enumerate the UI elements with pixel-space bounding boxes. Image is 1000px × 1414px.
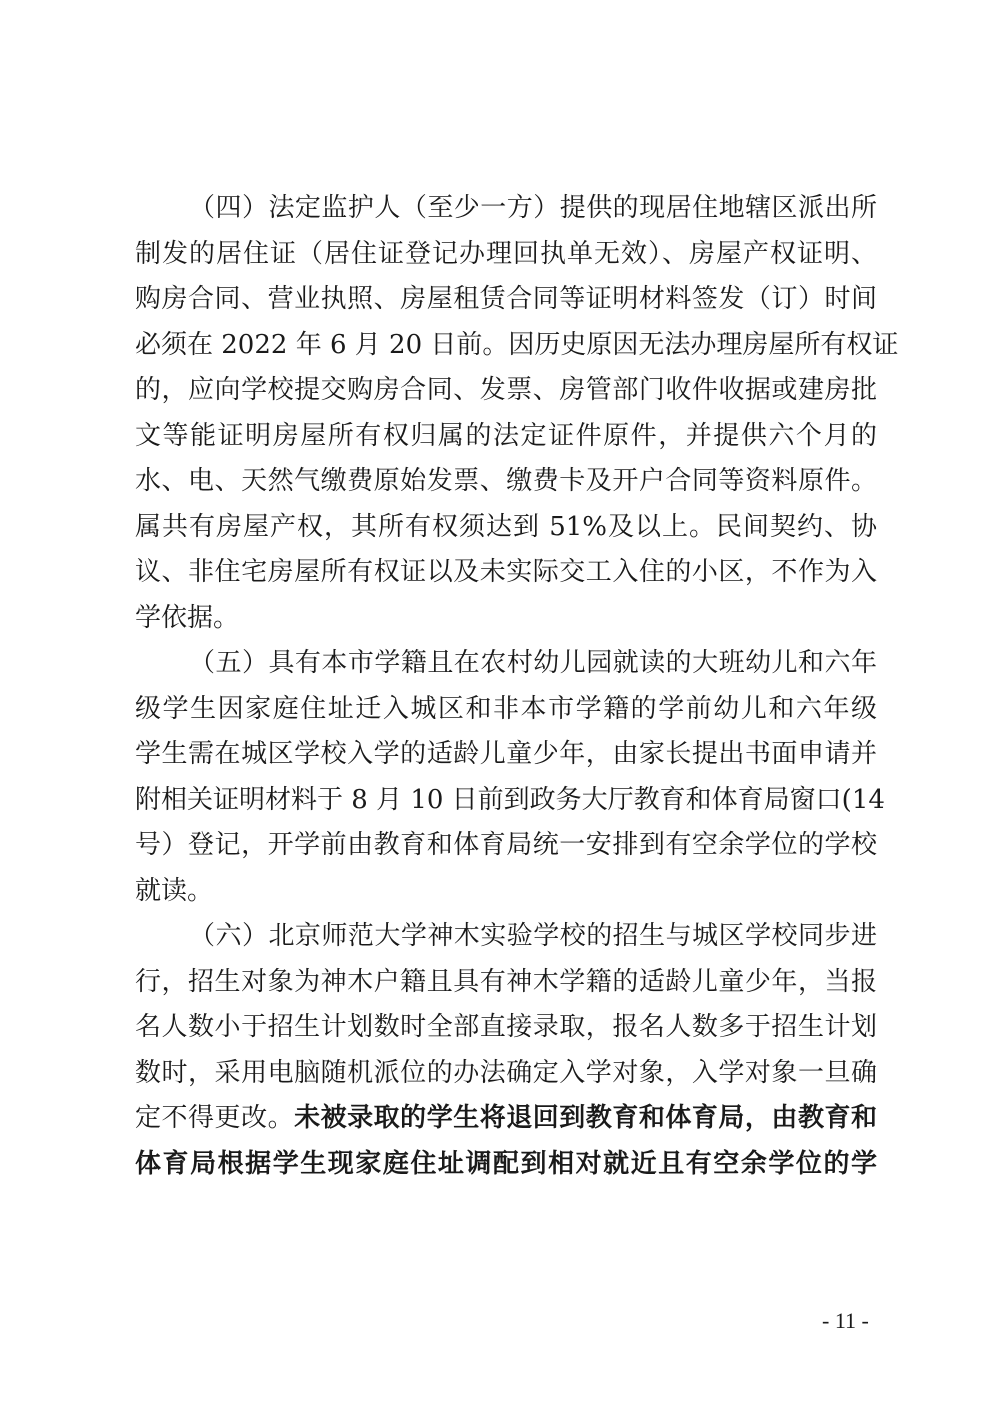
paragraph-5-line-4: 附相关证明材料于 8 月 10 日前到政务大厅教育和体育局窗口(14 (135, 778, 877, 824)
paragraph-5-line-6: 就读。 (135, 869, 877, 915)
page-number: - 11 - (822, 1308, 869, 1334)
paragraph-4-line-5: 的，应向学校提交购房合同、发票、房管部门收件收据或建房批 (135, 368, 877, 414)
paragraph-5-line-3: 学生需在城区学校入学的适龄儿童少年，由家长提出书面申请并 (135, 732, 877, 778)
document-page: （四）法定监护人（至少一方）提供的现居住地辖区派出所 制发的居住证（居住证登记办… (0, 0, 1000, 1414)
paragraph-4-line-8: 属共有房屋产权，其所有权须达到 51%及以上。民间契约、协 (135, 505, 877, 551)
paragraph-5-line-5: 号）登记，开学前由教育和体育局统一安排到有空余学位的学校 (135, 823, 877, 869)
paragraph-4-line-7: 水、电、天然气缴费原始发票、缴费卡及开户合同等资料原件。 (135, 459, 877, 505)
paragraph-4-line-3: 购房合同、营业执照、房屋租赁合同等证明材料签发（订）时间 (135, 277, 877, 323)
paragraph-6-line-3: 名人数小于招生计划数时全部直接录取，报名人数多于招生计划 (135, 1005, 877, 1051)
paragraph-6-line-1: （六）北京师范大学神木实验学校的招生与城区学校同步进 (135, 914, 877, 960)
paragraph-5-line-1: （五）具有本市学籍且在农村幼儿园就读的大班幼儿和六年 (135, 641, 877, 687)
paragraph-4-line-10: 学依据。 (135, 596, 877, 642)
paragraph-6-bold-text: 未被录取的学生将退回到教育和体育局，由教育和 (294, 1103, 877, 1133)
paragraph-6-normal-text: 定不得更改。 (135, 1103, 294, 1133)
paragraph-4-line-6: 文等能证明房屋所有权归属的法定证件原件，并提供六个月的 (135, 414, 877, 460)
paragraph-6-bold-line: 体育局根据学生现家庭住址调配到相对就近且有空余学位的学 (135, 1142, 877, 1188)
document-body: （四）法定监护人（至少一方）提供的现居住地辖区派出所 制发的居住证（居住证登记办… (135, 186, 877, 1187)
paragraph-4-line-2: 制发的居住证（居住证登记办理回执单无效）、房屋产权证明、 (135, 232, 877, 278)
paragraph-5-line-2: 级学生因家庭住址迁入城区和非本市学籍的学前幼儿和六年级 (135, 687, 877, 733)
paragraph-6-line-5: 定不得更改。未被录取的学生将退回到教育和体育局，由教育和 (135, 1096, 877, 1142)
paragraph-4-line-4: 必须在 2022 年 6 月 20 日前。因历史原因无法办理房屋所有权证 (135, 323, 877, 369)
paragraph-4-line-1: （四）法定监护人（至少一方）提供的现居住地辖区派出所 (135, 186, 877, 232)
paragraph-4-line-9: 议、非住宅房屋所有权证以及未实际交工入住的小区，不作为入 (135, 550, 877, 596)
paragraph-6-line-2: 行，招生对象为神木户籍且具有神木学籍的适龄儿童少年，当报 (135, 960, 877, 1006)
paragraph-6-line-4: 数时，采用电脑随机派位的办法确定入学对象，入学对象一旦确 (135, 1051, 877, 1097)
